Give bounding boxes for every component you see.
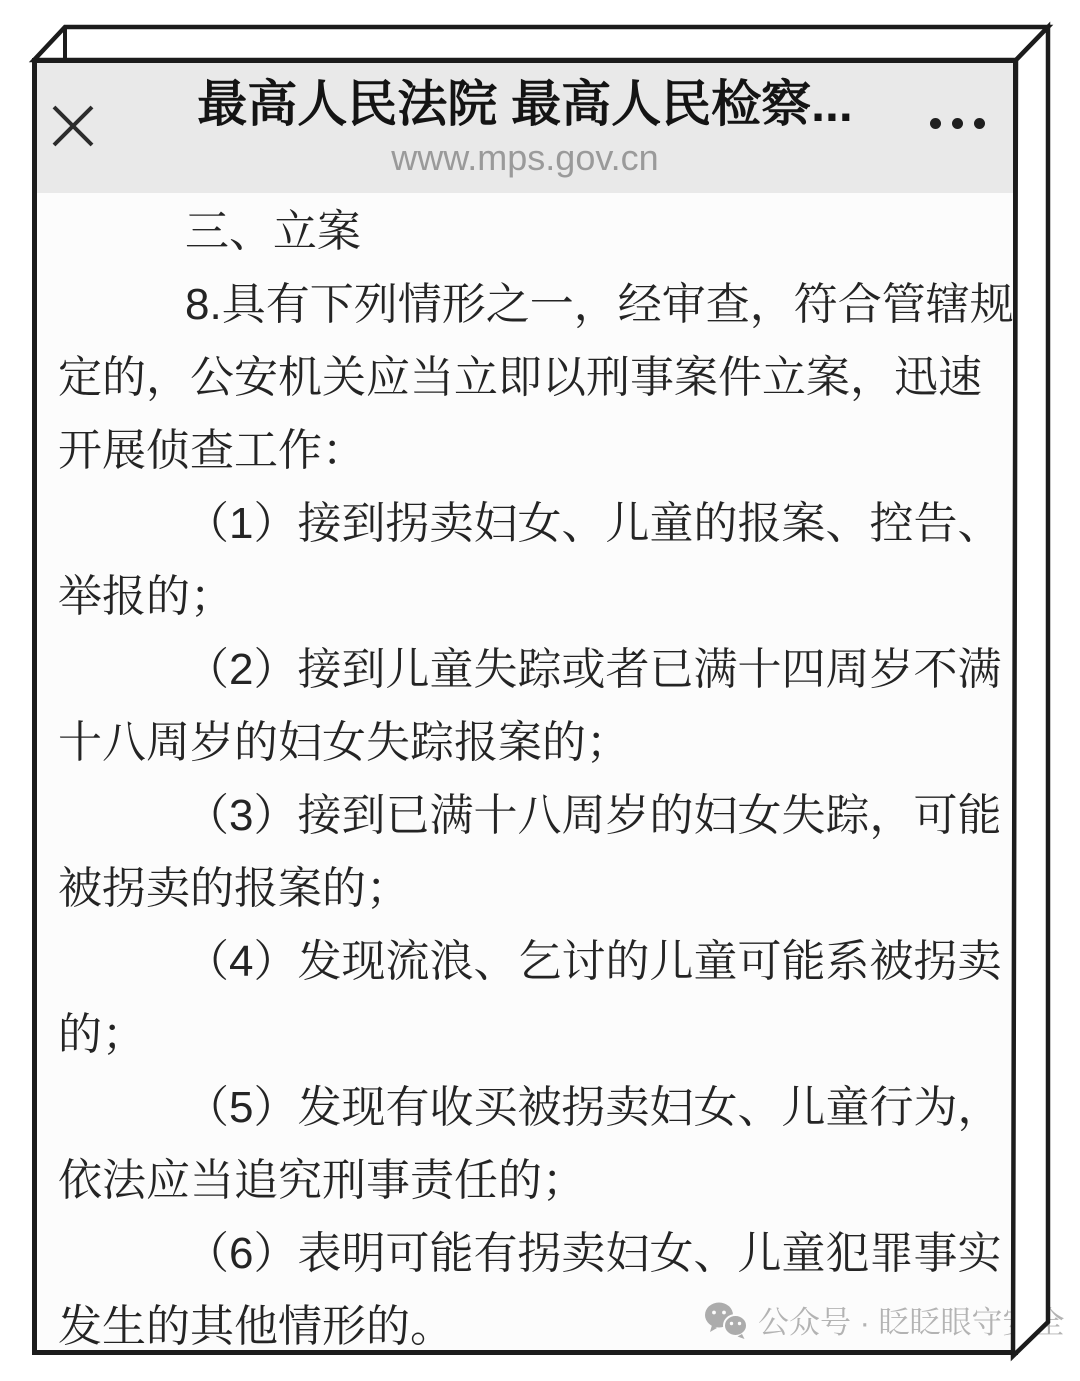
header-title-block: 最高人民法院 最高人民检察... www.mps.gov.cn (37, 63, 1013, 179)
text-line: 8.具有下列情形之一，经审查，符合管辖规 (58, 268, 995, 341)
page-title: 最高人民法院 最高人民检察... (37, 73, 1013, 135)
text-line: 被拐卖的报案的； (58, 852, 995, 925)
text-line: 十八周岁的妇女失踪报案的； (58, 706, 995, 779)
text-line: （1）接到拐卖妇女、儿童的报案、控告、 (58, 487, 995, 560)
watermark-label: 公众号 · 眨眨眼守安全 (758, 1297, 1065, 1342)
text-line: （3）接到已满十八周岁的妇女失踪，可能 (58, 779, 995, 852)
wechat-icon (704, 1301, 748, 1339)
article-body: 三、立案8.具有下列情形之一，经审查，符合管辖规定的，公安机关应当立即以刑事案件… (37, 193, 1013, 1355)
text-line: （4）发现流浪、乞讨的儿童可能系被拐卖 (58, 925, 995, 998)
text-line: 的； (58, 998, 995, 1071)
text-line: （2）接到儿童失踪或者已满十四周岁不满 (58, 633, 995, 706)
page-3d-frame: 最高人民法院 最高人民检察... www.mps.gov.cn 三、立案8.具有… (0, 0, 1080, 1381)
page-url: www.mps.gov.cn (37, 137, 1013, 179)
text-line: 依法应当追究刑事责任的； (58, 1144, 995, 1217)
browser-card: 最高人民法院 最高人民检察... www.mps.gov.cn 三、立案8.具有… (32, 58, 1018, 1355)
text-line: （6）表明可能有拐卖妇女、儿童犯罪事实 (58, 1217, 995, 1290)
close-icon (47, 100, 99, 152)
more-menu-icon (974, 118, 985, 129)
text-line: 举报的； (58, 560, 995, 633)
close-button[interactable] (47, 100, 99, 152)
more-menu-icon (930, 118, 941, 129)
text-line: （5）发现有收买被拐卖妇女、儿童行为， (58, 1071, 995, 1144)
more-menu-icon (952, 118, 963, 129)
browser-header: 最高人民法院 最高人民检察... www.mps.gov.cn (37, 63, 1013, 193)
text-line: 开展侦查工作： (58, 414, 995, 487)
more-menu-button[interactable] (930, 118, 985, 129)
text-line: 三、立案 (58, 195, 995, 268)
text-line: 定的，公安机关应当立即以刑事案件立案，迅速 (58, 341, 995, 414)
page-top-edge (34, 27, 1048, 60)
page-right-edge (1013, 27, 1048, 1356)
watermark: 公众号 · 眨眨眼守安全 (704, 1297, 1065, 1342)
